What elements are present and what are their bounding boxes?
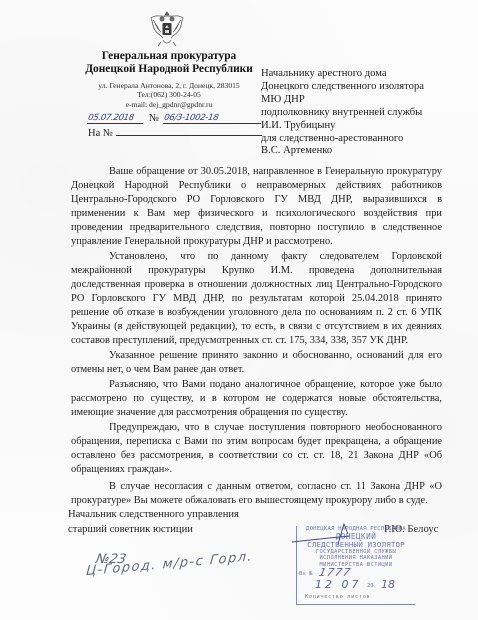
- recipient-line: Донецкого следственного изолятора: [261, 81, 471, 94]
- sender-block: Генеральная прокуратура Донецкой Народно…: [70, 50, 268, 109]
- reply-reference-blank: [116, 125, 262, 136]
- signer-position-line1: Начальник следственного управления: [68, 508, 239, 523]
- body-paragraph: Установлено, что по данному факту следов…: [71, 250, 442, 348]
- reply-reference-label: На №: [88, 128, 113, 139]
- recipient-line: подполковнику внутренней службы: [261, 107, 471, 120]
- reply-reference-line: На №: [88, 125, 268, 139]
- sender-org-line1: Генеральная прокуратура: [70, 50, 268, 63]
- sender-org-line2: Донецкой Народной Республики: [70, 63, 268, 76]
- stamp-year: 18: [381, 578, 395, 591]
- body-paragraph: В случае несогласия с данным ответом, со…: [71, 480, 442, 508]
- letter-page: Генеральная прокуратура Донецкой Народно…: [0, 0, 478, 620]
- recipient-line: Начальнику арестного дома: [261, 68, 471, 81]
- recipient-line: для следственно-арестованного: [261, 133, 471, 146]
- body-paragraph: Разъясняю, что Вами подано аналогичное о…: [71, 378, 442, 420]
- stamp-year-prefix: 20: [367, 583, 374, 589]
- registration-number: 06/3-1002-18: [163, 113, 263, 124]
- recipient-line: В.С. Артеменко: [261, 145, 471, 158]
- stamp-line6: МИНИСТЕРСТВА ЮСТИЦИИ: [297, 562, 415, 568]
- sender-address: ул. Генерала Антонова, 2, г. Донецк, 283…: [70, 81, 268, 90]
- signer-position-line2: старший советник юстиции: [68, 523, 239, 538]
- signature-stroke-icon: [290, 520, 390, 550]
- body-paragraph: Предупреждаю, что в случае поступления п…: [71, 421, 442, 477]
- handwritten-resolution: №23 Ц-Город. м/р-с Горл.: [86, 548, 254, 579]
- letter-body: Ваше обращение от 30.05.2018, направленн…: [71, 165, 442, 509]
- body-paragraph: Ваше обращение от 30.05.2018, направленн…: [71, 165, 442, 249]
- signer-name: Р.Ю. Белоус: [384, 524, 438, 535]
- signature-block: Начальник следственного управления старш…: [68, 508, 239, 537]
- recipient-block: Начальнику арестного дома Донецкого след…: [261, 68, 471, 158]
- stamp-in-number-label: Вх №: [299, 571, 312, 577]
- registration-date: 05.07.2018: [87, 113, 145, 124]
- registration-number-label: №: [149, 113, 159, 124]
- sender-email: e-mail: dej_gpdnr@gpdnr.ru: [70, 100, 268, 109]
- stamp-in-date: 12 07: [315, 578, 362, 591]
- stamp-footer: Количество листов: [305, 594, 370, 600]
- registration-line: 05.07.2018 № 06/3-1002-18: [88, 113, 268, 125]
- sender-phone: Тел:(062) 300-24-05: [70, 90, 268, 99]
- recipient-line: И.И. Трубицыну: [261, 120, 471, 133]
- body-paragraph: Указанное решение принято законно и обос…: [71, 349, 442, 377]
- coat-of-arms-icon: [146, 8, 188, 50]
- recipient-line: МЮ ДНР: [261, 94, 471, 107]
